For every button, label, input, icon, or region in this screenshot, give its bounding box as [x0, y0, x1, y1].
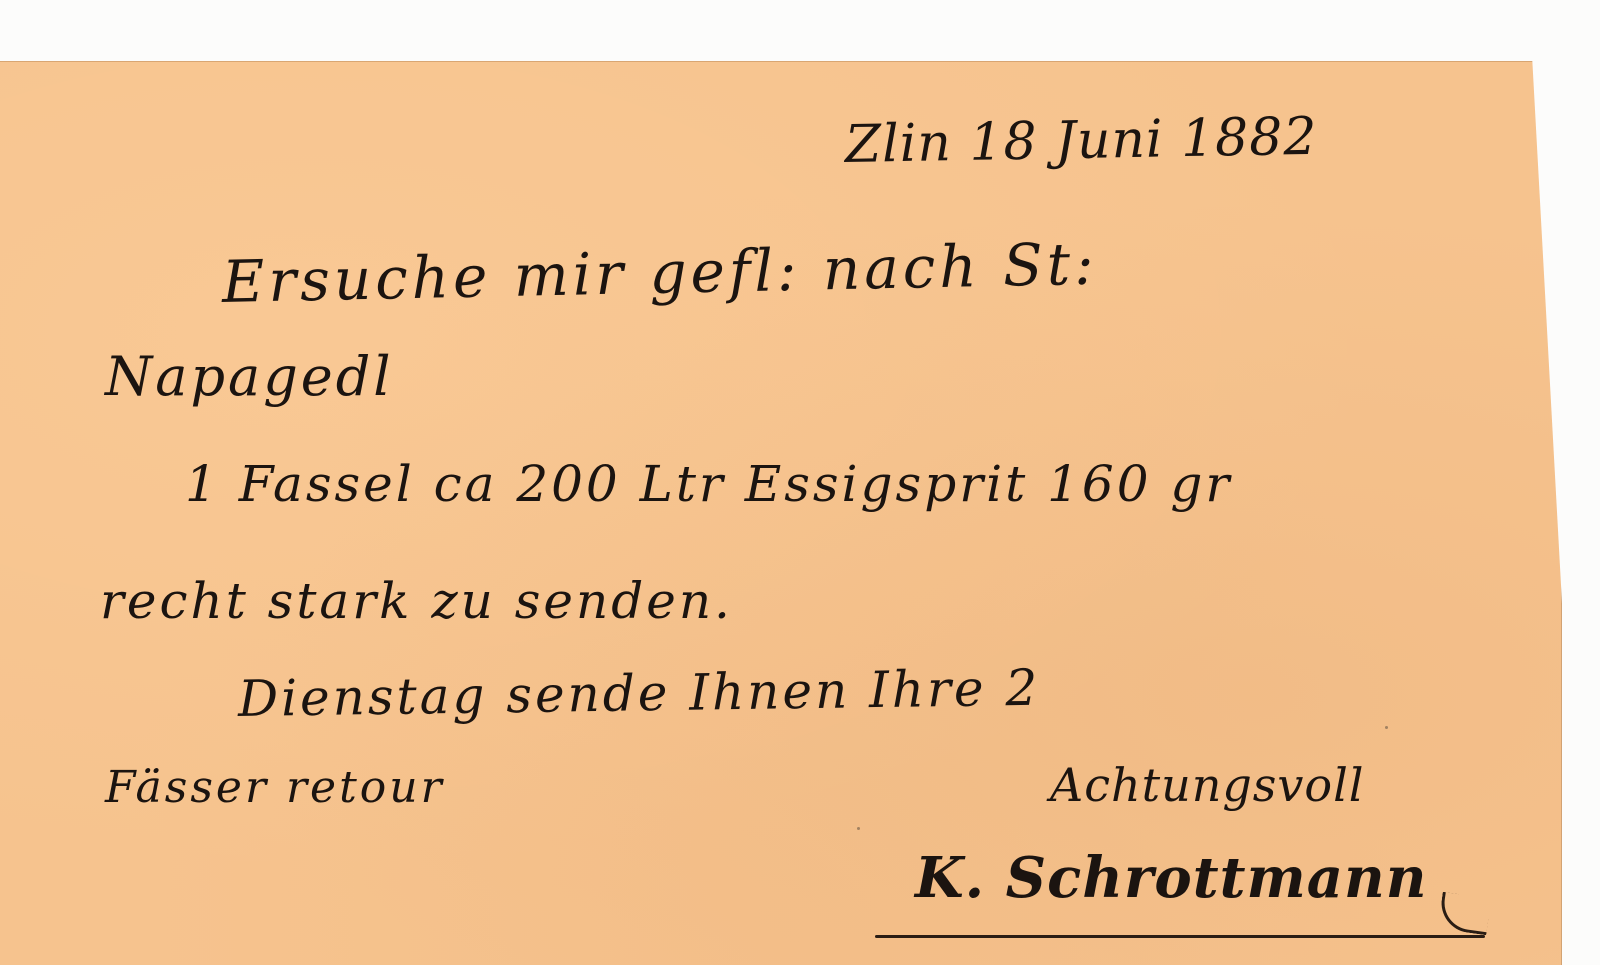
paper-speck	[1385, 726, 1388, 729]
signature: K. Schrottmann	[915, 845, 1427, 911]
signature-underline	[875, 935, 1485, 938]
body-line-4: recht stark zu senden.	[100, 572, 733, 630]
body-line-2: Napagedl	[105, 345, 394, 408]
body-line-6: Fässer retour	[105, 762, 445, 813]
scanned-page: Zlin 18 Juni 1882 Ersuche mir gefl: nach…	[0, 0, 1600, 965]
paper-speck	[857, 827, 860, 830]
postcard	[0, 61, 1562, 965]
body-line-3: 1 Fassel ca 200 Ltr Essigsprit 160 gr	[185, 455, 1232, 513]
date-line: Zlin 18 Juni 1882	[844, 107, 1317, 175]
paper-speck	[640, 49, 643, 52]
closing-salutation: Achtungsvoll	[1050, 758, 1365, 812]
body-line-5: Dienstag sende Ihnen Ihre 2	[238, 659, 1041, 728]
